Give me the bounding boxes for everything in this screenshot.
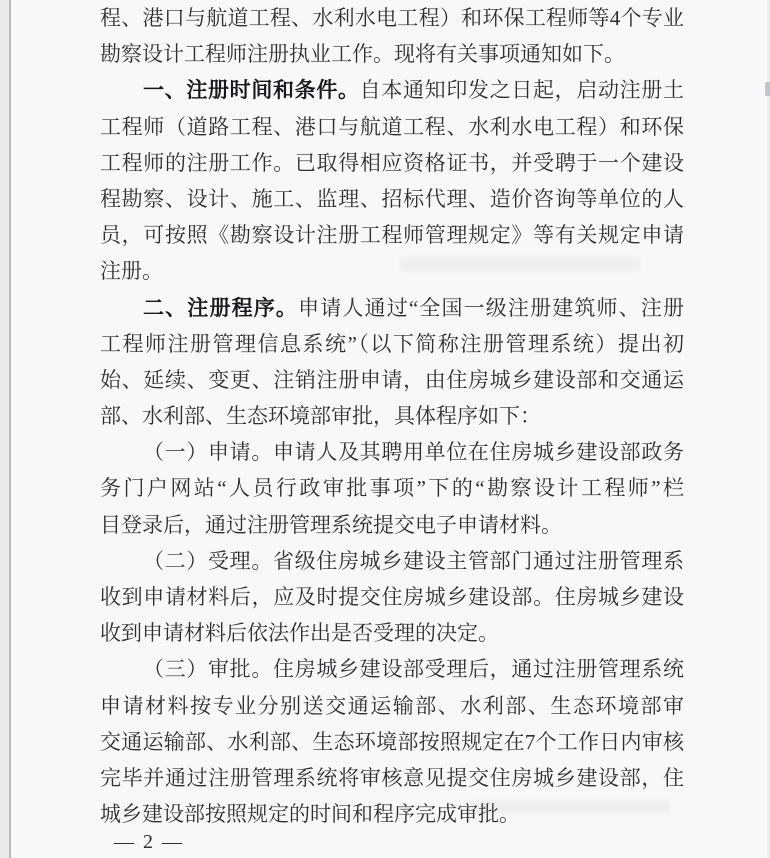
line-text: 完毕并通过注册管理系统将审核意见提交住房城乡建设部，住房 [100,766,684,796]
line-text: 收到申请材料后依法作出是否受理的决定。 [100,621,499,645]
line-text: 部、水利部、生态环境部审批，具体程序如下： [100,404,541,428]
text-line: （二）受理。省级住房城乡建设主管部门通过注册管理系统 [100,543,684,579]
scan-edge-left [0,0,11,858]
scanned-document-page: 程、港口与航道工程、水利水电工程）和环保工程师等4个专业勘察设计工程师注册执业工… [0,0,770,858]
line-text: 勘察设计工程师注册执业工作。现将有关事项通知如下。 [100,42,625,66]
line-text: 目登录后，通过注册管理系统提交电子申请材料。 [100,513,562,537]
text-line: 部、水利部、生态环境部审批，具体程序如下： [100,398,684,434]
text-line: 务门户网站“人员行政审批事项”下的“勘察设计工程师”栏 [100,470,684,506]
line-text: 注册。 [100,259,163,283]
text-line: （三）审批。住房城乡建设部受理后，通过注册管理系统将 [100,651,684,687]
text-line: 工程师注册管理信息系统”（以下简称注册管理系统）提出初 [100,326,684,362]
text-line: （一）申请。申请人及其聘用单位在住房城乡建设部政务服 [100,434,684,470]
text-line: 申请材料按专业分别送交通运输部、水利部、生态环境部审核。 [100,688,684,724]
text-line: 目登录后，通过注册管理系统提交电子申请材料。 [100,507,684,543]
text-line: 完毕并通过注册管理系统将审核意见提交住房城乡建设部，住房 [100,760,684,796]
text-line: 收到申请材料后，应及时提交住房城乡建设部。住房城乡建设部 [100,579,684,615]
text-line: 程、港口与航道工程、水利水电工程）和环保工程师等4个专业 [100,0,684,36]
line-text: 员，可按照《勘察设计注册工程师管理规定》等有关规定申请 [100,223,684,247]
line-text: 始、延续、变更、注销注册申请，由住房城乡建设部和交通运输 [100,368,684,398]
text-line: 收到申请材料后依法作出是否受理的决定。 [100,615,684,651]
text-line: 员，可按照《勘察设计注册工程师管理规定》等有关规定申请 [100,217,684,253]
text-line: 城乡建设部按照规定的时间和程序完成审批。 [100,796,684,832]
text-line: 始、延续、变更、注销注册申请，由住房城乡建设部和交通运输 [100,362,684,398]
section-heading: 一、注册时间和条件。 [143,79,360,102]
text-line: 工程师（道路工程、港口与航道工程、水利水电工程）和环保 [100,109,684,145]
text-line: 程勘察、设计、施工、监理、招标代理、造价咨询等单位的人 [100,181,684,217]
scan-artifact [765,82,770,96]
line-text: 程、港口与航道工程、水利水电工程）和环保工程师等4个专业 [100,6,684,30]
line-text: 城乡建设部按照规定的时间和程序完成审批。 [100,802,520,826]
text-line: 二、注册程序。申请人通过“全国一级注册建筑师、注册 [100,290,684,326]
text-line: 一、注册时间和条件。自本通知印发之日起，启动注册土木 [100,72,684,108]
line-text: （一）申请。申请人及其聘用单位在住房城乡建设部政务服 [100,440,684,470]
line-text: （二）受理。省级住房城乡建设主管部门通过注册管理系统 [100,549,684,579]
document-body: 程、港口与航道工程、水利水电工程）和环保工程师等4个专业勘察设计工程师注册执业工… [100,0,684,832]
section-heading: 二、注册程序。 [143,297,298,320]
line-text: 申请人通过“全国一级注册建筑师、注册 [298,296,684,320]
line-text: （三）审批。住房城乡建设部受理后，通过注册管理系统将 [100,657,684,687]
line-text: 申请材料按专业分别送交通运输部、水利部、生态环境部审核。 [100,694,684,724]
line-text: 收到申请材料后，应及时提交住房城乡建设部。住房城乡建设部 [100,585,684,615]
document-lines: 程、港口与航道工程、水利水电工程）和环保工程师等4个专业勘察设计工程师注册执业工… [100,0,684,832]
page-number: — 2 — [114,831,184,854]
text-line: 交通运输部、水利部、生态环境部按照规定在7个工作日内审核 [100,724,684,760]
line-text: 程勘察、设计、施工、监理、招标代理、造价咨询等单位的人 [100,187,684,211]
line-text: 工程师的注册工作。已取得相应资格证书，并受聘于一个建设工 [100,151,684,181]
line-text: 交通运输部、水利部、生态环境部按照规定在7个工作日内审核 [100,730,684,754]
text-line: 工程师的注册工作。已取得相应资格证书，并受聘于一个建设工 [100,145,684,181]
text-line: 注册。 [100,253,684,289]
text-line: 勘察设计工程师注册执业工作。现将有关事项通知如下。 [100,36,684,72]
line-text: 工程师（道路工程、港口与航道工程、水利水电工程）和环保 [100,115,684,139]
line-text: 务门户网站“人员行政审批事项”下的“勘察设计工程师”栏 [100,476,684,500]
line-text: 工程师注册管理信息系统”（以下简称注册管理系统）提出初 [100,332,684,356]
